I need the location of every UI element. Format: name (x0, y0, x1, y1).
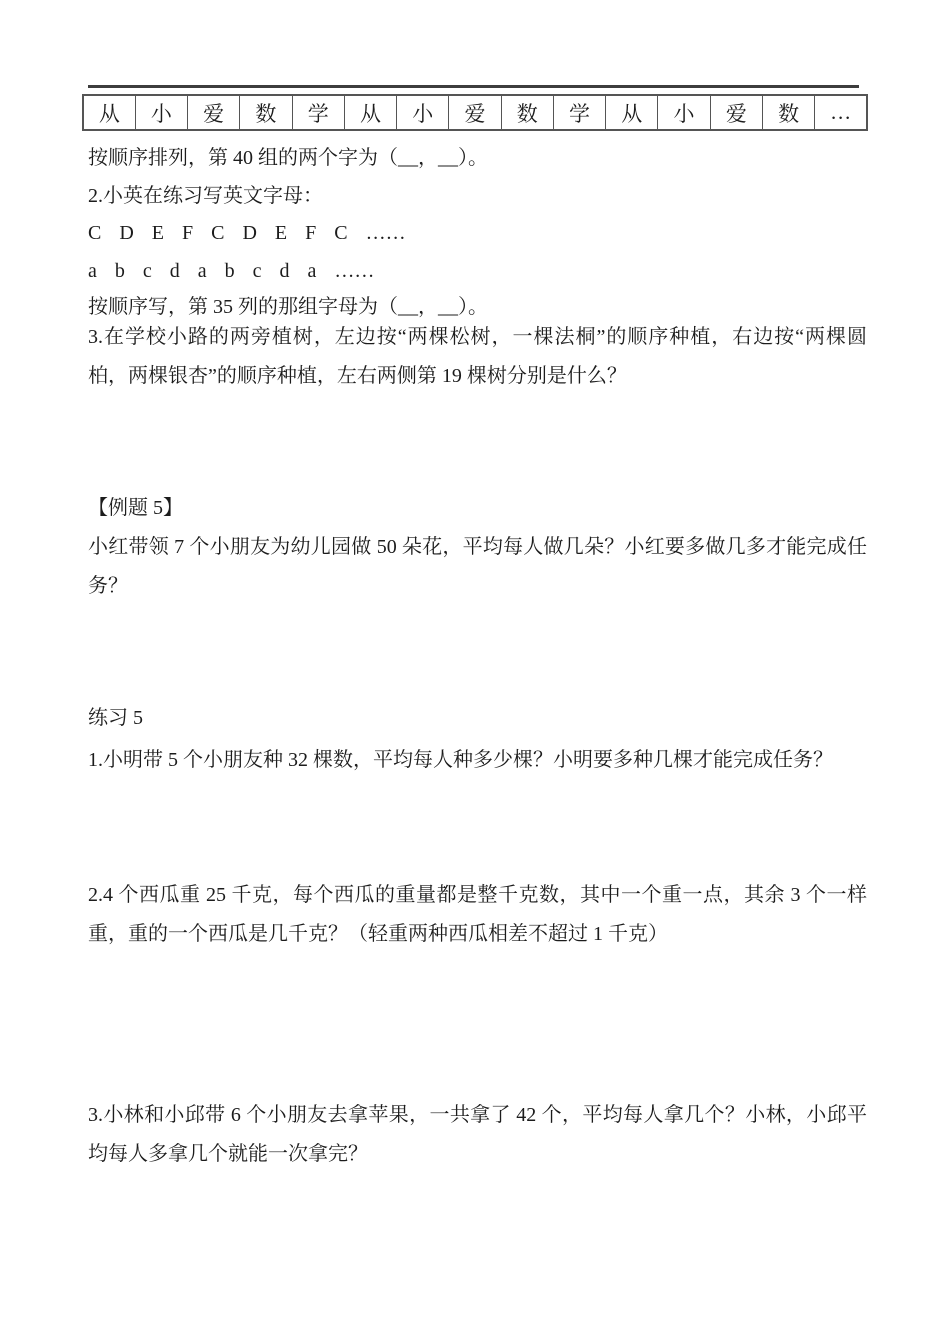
sequence-table-row: 从 小 爱 数 学 从 小 爱 数 学 从 小 爱 数 … (83, 95, 867, 130)
practice5-q1-text: 1.小明带 5 个小朋友种 32 棵数，平均每人种多少棵？小明要多种几棵才能完成… (88, 741, 867, 780)
practice5-title: 练习 5 (88, 699, 867, 738)
sequence-cell: 从 (83, 95, 135, 130)
sequence-cell: 学 (553, 95, 605, 130)
example5-problem-text: 小红带领 7 个小朋友为幼儿园做 50 朵花，平均每人做几朵？小红要多做几多才能… (88, 528, 867, 606)
sequence-cell: 从 (344, 95, 396, 130)
sequence-cell-ellipsis: … (815, 95, 867, 130)
sequence-cell: 从 (606, 95, 658, 130)
sequence-cell: 小 (135, 95, 187, 130)
sequence-cell: 学 (292, 95, 344, 130)
sequence-table: 从 小 爱 数 学 从 小 爱 数 学 从 小 爱 数 … (82, 94, 868, 131)
q2-lowercase-sequence: a b c d a b c d a …… (88, 252, 867, 291)
sequence-cell: 小 (658, 95, 710, 130)
q2-uppercase-sequence: C D E F C D E F C …… (88, 214, 867, 253)
top-divider-rule (88, 85, 859, 88)
sequence-cell: 数 (240, 95, 292, 130)
sequence-cell: 数 (762, 95, 814, 130)
sequence-cell: 爱 (710, 95, 762, 130)
example5-title: 【例题 5】 (88, 489, 867, 528)
practice5-q3-text: 3.小林和小邱带 6 个小朋友去拿苹果，一共拿了 42 个，平均每人拿几个？小林… (88, 1096, 867, 1174)
worksheet-page: 从 小 爱 数 学 从 小 爱 数 学 从 小 爱 数 … 按顺序排列，第 40… (0, 0, 950, 1344)
q2-intro-line: 2.小英在练习写英文字母： (88, 177, 867, 216)
sequence-cell: 数 (501, 95, 553, 130)
sequence-cell: 爱 (449, 95, 501, 130)
sequence-cell: 爱 (188, 95, 240, 130)
q3-problem-text: 3.在学校小路的两旁植树，左边按“两棵松树，一棵法桐”的顺序种植，右边按“两棵圆… (88, 318, 867, 396)
q1-answer-line: 按顺序排列，第 40 组的两个字为（__，__）。 (88, 139, 867, 178)
sequence-cell: 小 (397, 95, 449, 130)
practice5-q2-text: 2.4 个西瓜重 25 千克，每个西瓜的重量都是整千克数，其中一个重一点，其余 … (88, 876, 867, 954)
